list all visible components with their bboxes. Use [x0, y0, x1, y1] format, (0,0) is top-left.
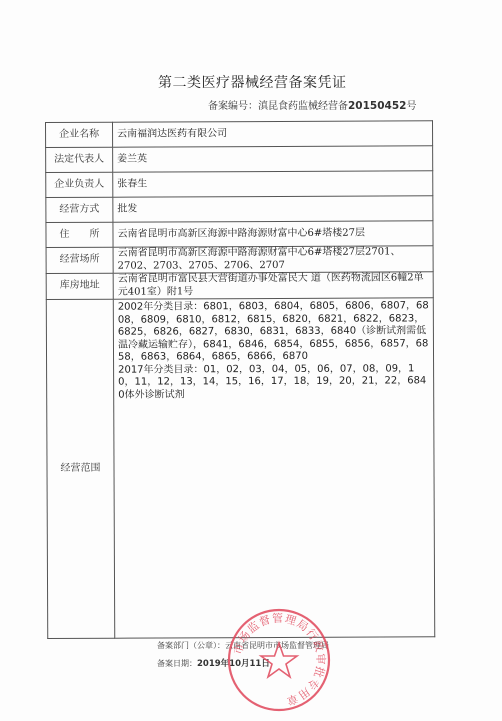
row-value: 云南省昆明市高新区海源中路海源财富中心6#塔楼27层	[113, 221, 433, 247]
scope-catalog-2017: 2017年分类目录：01，02，03，04，05，06，07，08，09，10，…	[118, 363, 429, 402]
row-value: 张春生	[113, 171, 433, 197]
table-row-person-in-charge: 企业负责人 张春生	[46, 171, 433, 198]
filing-date: 备案日期：2019年10月11日	[157, 657, 270, 669]
row-label: 经营方式	[46, 197, 113, 222]
filing-date-value: 2019年10月11日	[197, 659, 270, 669]
row-value: 云南省昆明市富民县大营街道办事处富民大 道（医药物流园区6幢2单元401室）附1…	[113, 272, 433, 299]
table-row-legal-representative: 法定代表人 姜兰英	[46, 146, 433, 173]
row-label: 企业名称	[46, 122, 113, 147]
record-number-label: 备案编号：滇昆食药监械经营备	[208, 101, 348, 112]
table-row-company-name: 企业名称 云南福润达医药有限公司	[46, 121, 433, 148]
record-number-value: 20150452	[348, 100, 406, 112]
table-row-business-scope: 经营范围 2002年分类目录：6801，6803，6804，6805，6806，…	[46, 298, 434, 639]
document-title: 第二类医疗器械经营备案凭证	[158, 72, 347, 92]
table-row-warehouse-address: 库房地址 云南省昆明市富民县大营街道办事处富民大 道（医药物流园区6幢2单元40…	[46, 272, 433, 300]
table-row-business-mode: 经营方式 批发	[46, 196, 433, 223]
row-label: 库房地址	[46, 273, 113, 299]
row-value: 批发	[113, 196, 433, 222]
row-value: 姜兰英	[113, 146, 433, 172]
row-value: 云南福润达医药有限公司	[113, 121, 433, 147]
row-label: 经营范围	[46, 299, 114, 638]
scope-catalog-2002: 2002年分类目录：6801，6803，6804，6805，6806，6807，…	[118, 300, 429, 364]
certificate-table: 企业名称 云南福润达医药有限公司 法定代表人 姜兰英 企业负责人 张春生 经营方…	[45, 120, 435, 639]
row-value: 云南省昆明市高新区海源中路海源财富中心6#塔楼27层2701、2702、2703…	[113, 246, 433, 273]
scope-value: 2002年分类目录：6801，6803，6804，6805，6806，6807，…	[113, 298, 434, 638]
row-label: 经营场所	[46, 247, 113, 273]
table-row-business-premises: 经营场所 云南省昆明市高新区海源中路海源财富中心6#塔楼27层2701、2702…	[46, 246, 433, 274]
table-row-domicile: 住 所 云南省昆明市高新区海源中路海源财富中心6#塔楼27层	[46, 221, 433, 248]
filing-department: 备案部门（公章）：云南省昆明市市场监督管理局	[157, 640, 329, 651]
row-label: 企业负责人	[46, 172, 113, 197]
record-number-suffix: 号	[406, 101, 416, 112]
row-label: 法定代表人	[46, 147, 113, 172]
record-number: 备案编号：滇昆食药监械经营备20150452号	[208, 97, 416, 112]
row-label: 住 所	[46, 222, 113, 247]
filing-date-label: 备案日期：	[157, 659, 197, 668]
